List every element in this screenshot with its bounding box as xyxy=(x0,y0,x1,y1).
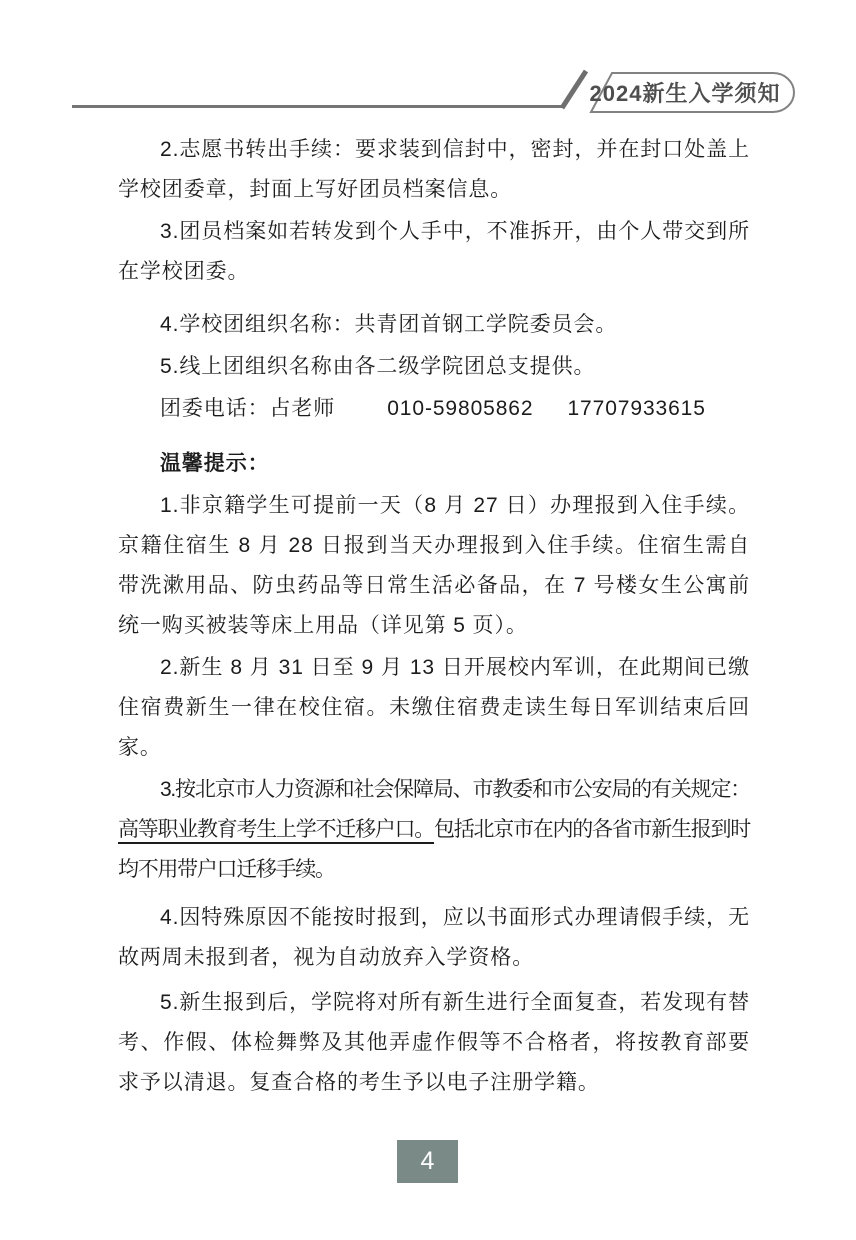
document-body: 2.志愿书转出手续：要求装到信封中，密封，并在封口处盖上学校团委章，封面上写好团… xyxy=(118,130,750,1105)
paragraph-item-3: 3.团员档案如若转发到个人手中，不准拆开，由个人带交到所在学校团委。 xyxy=(118,212,750,292)
header-badge-label: 2024新生入学须知 xyxy=(596,74,774,111)
tip-item-1: 1.非京籍学生可提前一天（8 月 27 日）办理报到入住手续。京籍住宿生 8 月… xyxy=(118,486,750,646)
paragraph-item-5: 5.线上团组织名称由各二级学院团总支提供。 xyxy=(118,347,750,387)
paragraph-item-2: 2.志愿书转出手续：要求装到信封中，密封，并在封口处盖上学校团委章，封面上写好团… xyxy=(118,130,750,210)
page-number: 4 xyxy=(421,1147,435,1176)
tip-item-3: 3.按北京市人力资源和社会保障局、市教委和市公安局的有关规定：高等职业教育考生上… xyxy=(118,770,750,890)
page-number-badge: 4 xyxy=(397,1140,458,1183)
tip-item-2: 2.新生 8 月 31 日至 9 月 13 日开展校内军训，在此期间已缴住宿费新… xyxy=(118,648,750,768)
tip-item-5: 5.新生报到后，学院将对所有新生进行全面复查，若发现有替考、作假、体检舞弊及其他… xyxy=(118,983,750,1103)
contact-line: 团委电话：占老师010-5980586217707933615 xyxy=(118,389,750,429)
contact-label: 团委电话：占老师 xyxy=(160,397,335,420)
tips-heading: 温馨提示： xyxy=(118,444,750,484)
page: 2024新生入学须知 2.志愿书转出手续：要求装到信封中，密封，并在封口处盖上学… xyxy=(0,0,856,1240)
paragraph-item-4: 4.学校团组织名称：共青团首钢工学院委员会。 xyxy=(118,305,750,345)
contact-phone-2: 17707933615 xyxy=(567,397,705,420)
tip-item-4: 4.因特殊原因不能按时报到，应以书面形式办理请假手续，无故两周未报到者，视为自动… xyxy=(118,898,750,978)
contact-phone-1: 010-59805862 xyxy=(387,397,533,420)
tip-3-prefix: 3.按北京市人力资源和社会保障局、市教委和市公安局的有关规定： xyxy=(160,778,750,801)
header-slash-icon xyxy=(562,71,586,108)
tip-3-underlined-text: 高等职业教育考生上学不迁移户口。 xyxy=(118,818,434,841)
